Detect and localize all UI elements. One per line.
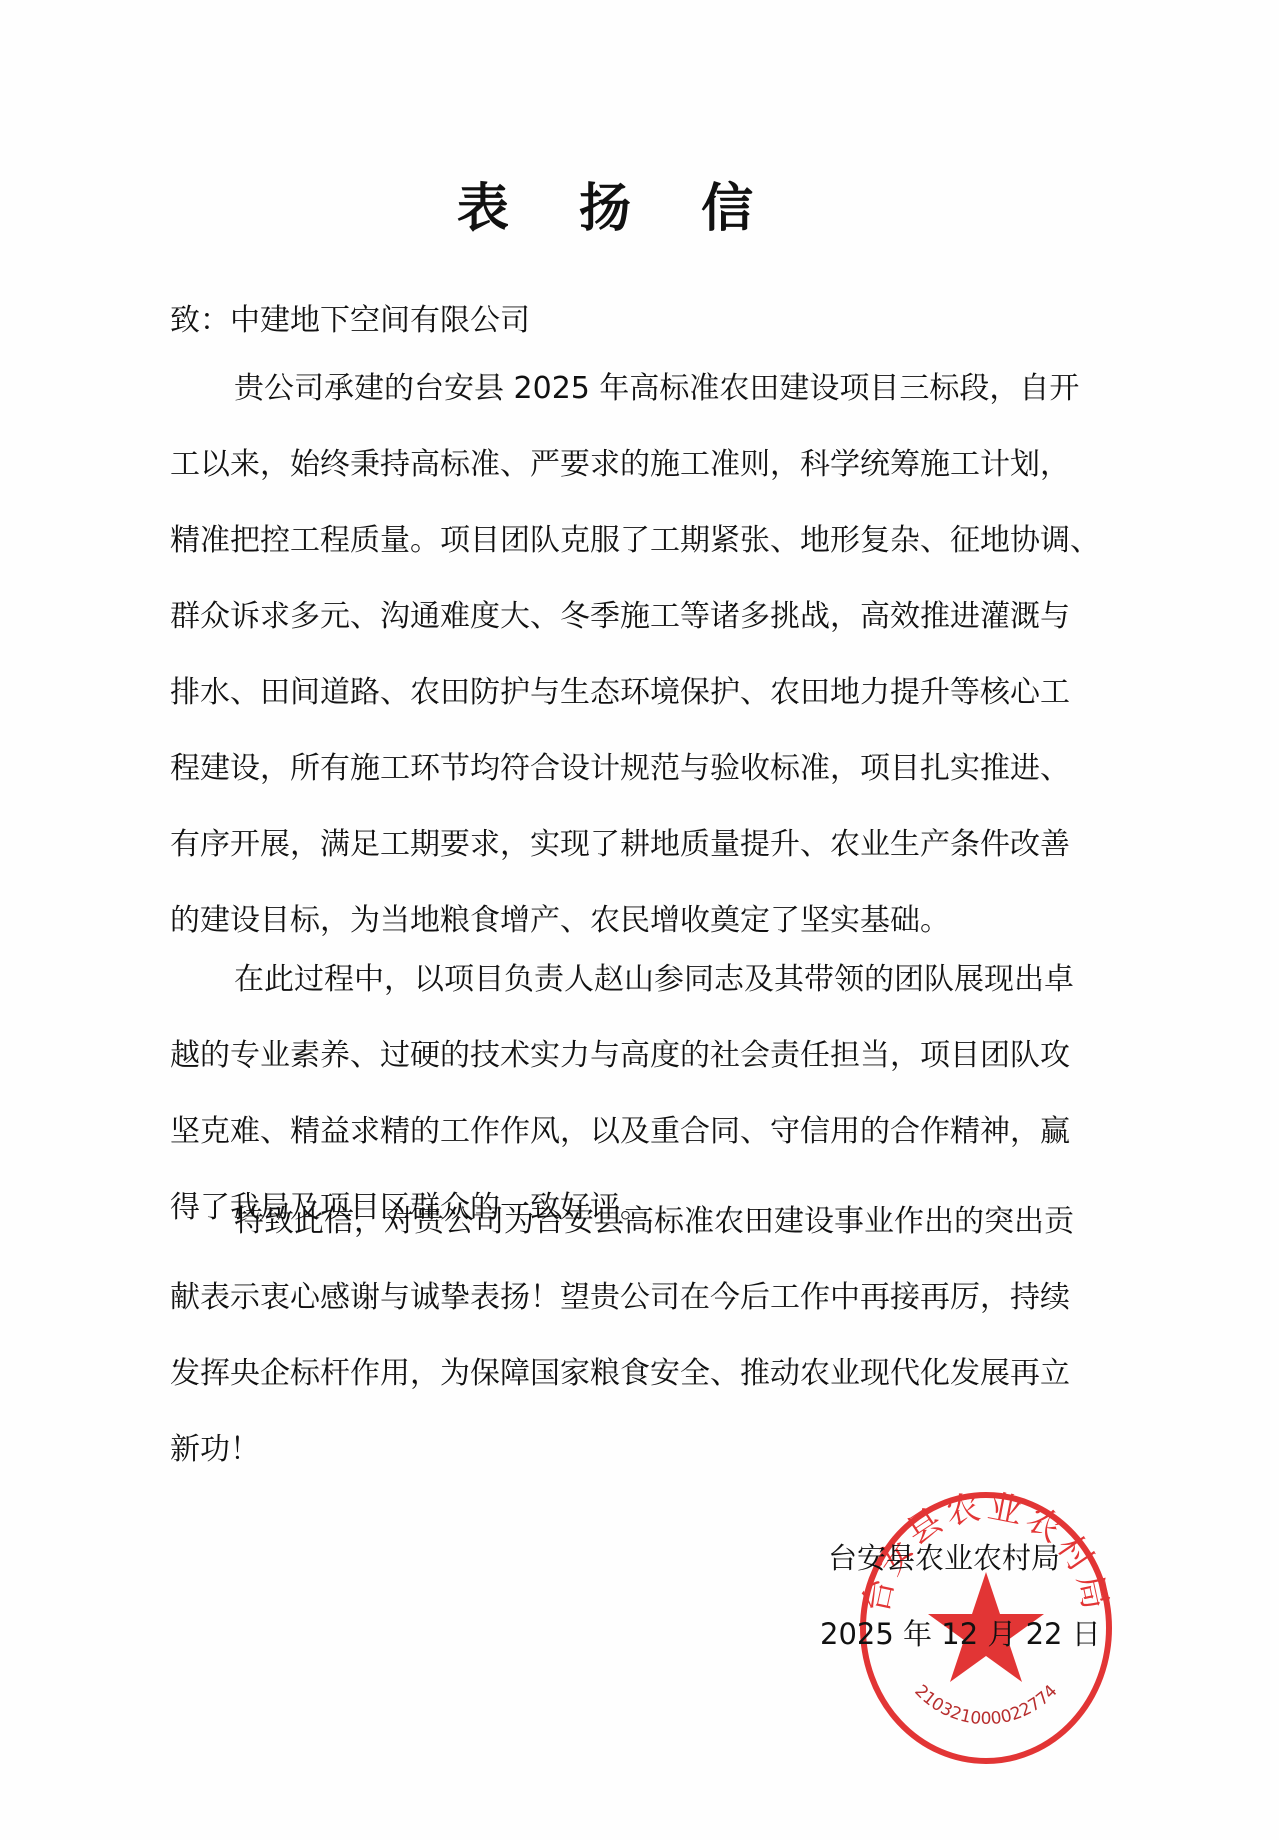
text-line: 特致此信，对贵公司为台安县高标准农田建设事业作出的突出贡 bbox=[234, 1200, 1074, 1244]
text-line: 新功！ bbox=[170, 1428, 260, 1472]
text-line: 的建设目标，为当地粮食增产、农民增收奠定了坚实基础。 bbox=[170, 899, 950, 943]
text-line: 工以来，始终秉持高标准、严要求的施工准则，科学统筹施工计划， bbox=[170, 443, 1070, 487]
text-line: 坚克难、精益求精的工作作风，以及重合同、守信用的合作精神，赢 bbox=[170, 1110, 1070, 1154]
signature-organization: 台安县农业农村局 bbox=[828, 1538, 1060, 1578]
signature-date: 2025 年 12 月 22 日 bbox=[820, 1614, 1101, 1654]
text-line: 精准把控工程质量。项目团队克服了工期紧张、地形复杂、征地协调、 bbox=[170, 519, 1100, 563]
text-line: 在此过程中，以项目负责人赵山参同志及其带领的团队展现出卓 bbox=[234, 958, 1074, 1002]
text-line: 有序开展，满足工期要求，实现了耕地质量提升、农业生产条件改善 bbox=[170, 823, 1070, 867]
salutation: 致：中建地下空间有限公司 bbox=[170, 299, 530, 343]
text-line: 排水、田间道路、农田防护与生态环境保护、农田地力提升等核心工 bbox=[170, 671, 1070, 715]
seal-number: 210321000022774 bbox=[910, 1681, 1061, 1729]
text-line: 贵公司承建的台安县 2025 年高标准农田建设项目三标段，自开 bbox=[234, 367, 1079, 411]
text-line: 发挥央企标杆作用，为保障国家粮食安全、推动农业现代化发展再立 bbox=[170, 1352, 1070, 1396]
text-line: 越的专业素养、过硬的技术实力与高度的社会责任担当，项目团队攻 bbox=[170, 1034, 1070, 1078]
text-line: 程建设，所有施工环节均符合设计规范与验收标准，项目扎实推进、 bbox=[170, 747, 1070, 791]
text-line: 群众诉求多元、沟通难度大、冬季施工等诸多挑战，高效推进灌溉与 bbox=[170, 595, 1070, 639]
document-page: 表 扬 信 致：中建地下空间有限公司 贵公司承建的台安县 2025 年高标准农田… bbox=[0, 0, 1279, 1840]
document-title: 表 扬 信 bbox=[0, 166, 1236, 241]
text-line: 献表示衷心感谢与诚挚表扬！望贵公司在今后工作中再接再厉，持续 bbox=[170, 1276, 1070, 1320]
svg-text:210321000022774: 210321000022774 bbox=[910, 1681, 1061, 1729]
